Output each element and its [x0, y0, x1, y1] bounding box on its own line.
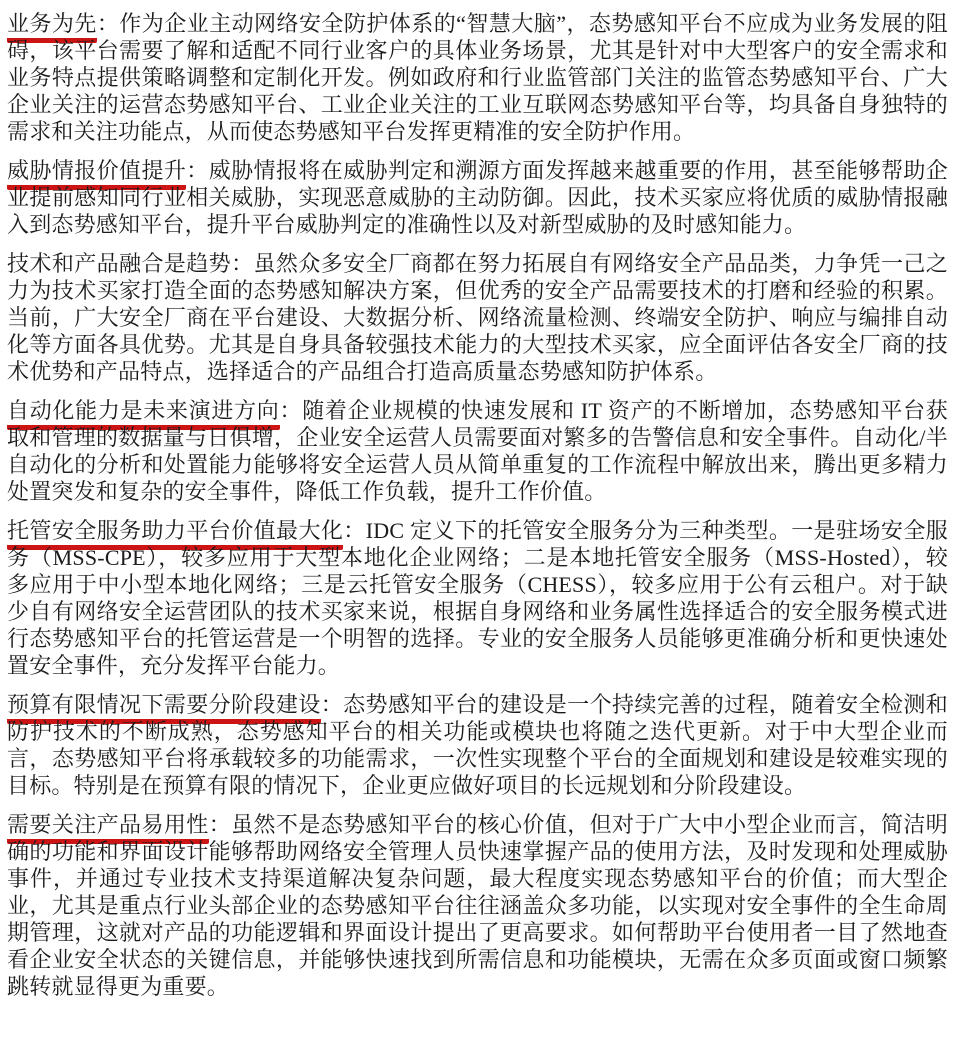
- paragraph-threat-intel: 威胁情报价值提升：威胁情报将在威胁判定和溯源方面发挥越来越重要的作用，甚至能够帮…: [7, 157, 948, 238]
- paragraph-tech-product-fusion: 技术和产品融合是趋势：虽然众多安全厂商都在努力拓展自有网络安全产品品类，力争凭一…: [7, 250, 948, 385]
- paragraph-body: ：虽然不是态势感知平台的核心价值，但对于广大中小型企业而言，简洁明确的功能和界面…: [7, 812, 948, 999]
- paragraph-usability: 需要关注产品易用性：虽然不是态势感知平台的核心价值，但对于广大中小型企业而言，简…: [7, 811, 948, 1000]
- paragraph-automation: 自动化能力是未来演进方向：随着企业规模的快速发展和 IT 资产的不断增加，态势感…: [7, 397, 948, 505]
- document-page: 业务为先：作为企业主动网络安全防护体系的“智慧大脑”，态势感知平台不应成为业务发…: [0, 0, 957, 1050]
- paragraph-phased-construction: 预算有限情况下需要分阶段建设：态势感知平台的建设是一个持续完善的过程，随着安全检…: [7, 691, 948, 799]
- paragraph-managed-security-service: 托管安全服务助力平台价值最大化：IDC 定义下的托管安全服务分为三种类型。一是驻…: [7, 517, 948, 679]
- paragraph-heading: 技术和产品融合是趋势: [7, 251, 231, 276]
- paragraph-business-first: 业务为先：作为企业主动网络安全防护体系的“智慧大脑”，态势感知平台不应成为业务发…: [7, 10, 948, 145]
- paragraph-body: ：作为企业主动网络安全防护体系的“智慧大脑”，态势感知平台不应成为业务发展的阻碍…: [7, 11, 948, 144]
